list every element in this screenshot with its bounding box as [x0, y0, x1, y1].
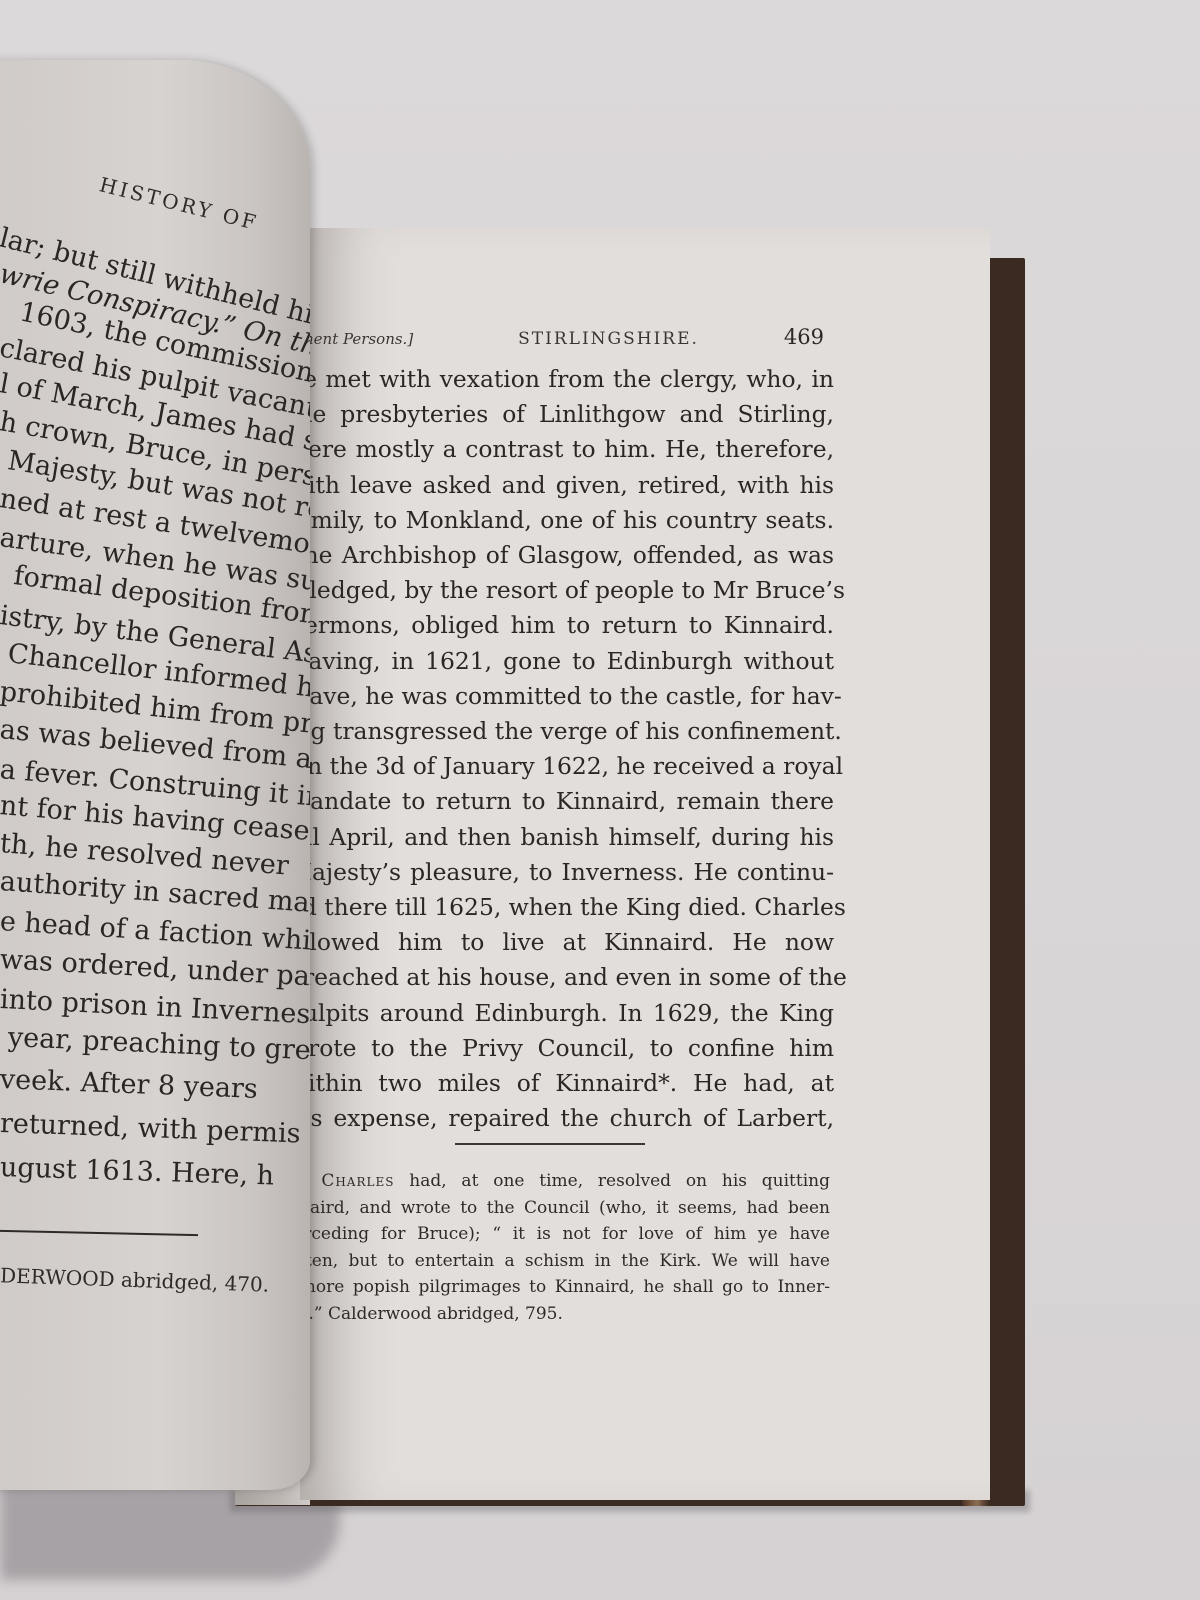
text-line: ing transgressed the verge of his confin…: [288, 714, 834, 749]
body-text: he met with vexation from the clergy, wh…: [288, 362, 834, 1136]
footnote-line: written, but to entertain a schism in th…: [270, 1248, 830, 1275]
footnote: * Charles had, at one time, resolved on …: [270, 1168, 830, 1327]
text-line: allowed him to live at Kinnaird. He now: [288, 925, 834, 960]
text-line: mandate to return to Kinnaird, remain th…: [288, 784, 834, 819]
text-line: wrote to the Privy Council, to confine h…: [288, 1031, 834, 1066]
text-line: year, preaching to grea: [7, 1022, 310, 1067]
text-line: pulpits around Edinburgh. In 1629, the K…: [288, 996, 834, 1031]
text-line: Majesty’s pleasure, to Inverness. He con…: [288, 855, 834, 890]
text-line: Having, in 1621, gone to Edinburgh witho…: [288, 644, 834, 679]
text-line: his expense, repaired the church of Larb…: [288, 1101, 834, 1136]
text-line: preached at his house, and even in some …: [288, 960, 834, 995]
book-photo: nent Persons.] STIRLINGSHIRE. 469 he met…: [0, 0, 1200, 1600]
left-page-curved: HISTORY OF lar; but still withheld his w…: [0, 60, 310, 1490]
footnote-line: * Charles had, at one time, resolved on …: [270, 1168, 830, 1195]
footnote-line: ness.” Calderwood abridged, 795.: [270, 1301, 830, 1328]
footnote-text: had, at one time, resolved on his quitti…: [409, 1171, 830, 1191]
text-line: The Archbishop of Glasgow, offended, as …: [288, 538, 834, 573]
text-line: within two miles of Kinnaird*. He had, a…: [288, 1066, 834, 1101]
text-line: ed there till 1625, when the King died. …: [288, 890, 834, 925]
text-line: leave, he was committed to the castle, f…: [288, 679, 834, 714]
text-line: Sermons, obliged him to return to Kinnai…: [288, 608, 834, 643]
text-line: veek. After 8 years: [0, 1064, 258, 1105]
page-number: 469: [784, 325, 824, 349]
text-line: ugust 1613. Here, h: [0, 1152, 275, 1192]
running-head: nent Persons.] STIRLINGSHIRE. 469: [304, 325, 824, 355]
text-line: were mostly a contrast to him. He, there…: [288, 432, 834, 467]
running-head-section: nent Persons.]: [304, 330, 413, 348]
footnote-line: interceding for Bruce); “ it is not for …: [270, 1221, 830, 1248]
text-line: On the 3d of January 1622, he received a…: [288, 749, 834, 784]
footnote-line: Kinnaird, and wrote to the Council (who,…: [270, 1195, 830, 1222]
text-line: till April, and then banish himself, dur…: [288, 820, 834, 855]
text-line: family, to Monkland, one of his country …: [288, 503, 834, 538]
text-line: alledged, by the resort of people to Mr …: [288, 573, 834, 608]
footnote-lead: Charles: [321, 1171, 394, 1191]
running-head-title: STIRLINGSHIRE.: [518, 329, 699, 349]
footnote-line: no more popish pilgrimages to Kinnaird, …: [270, 1274, 830, 1301]
text-line: returned, with permis: [0, 1108, 301, 1149]
text-line: the presbyteries of Linlithgow and Stirl…: [288, 397, 834, 432]
footnote-divider: [455, 1143, 645, 1145]
text-line: he met with vexation from the clergy, wh…: [288, 362, 834, 397]
text-line: with leave asked and given, retired, wit…: [288, 468, 834, 503]
